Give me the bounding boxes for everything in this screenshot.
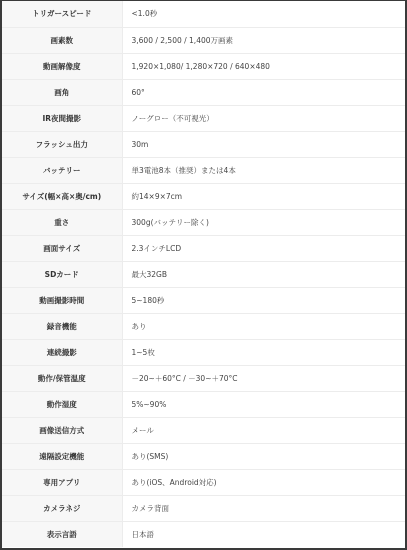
row-value: －20~＋60°C / －30~＋70°C [122, 365, 405, 391]
row-value: 単3電池8本（推奨）または4本 [122, 157, 405, 183]
table-row: サイズ(幅×高×奥/cm)約14×9×7cm [2, 183, 405, 209]
row-label: サイズ(幅×高×奥/cm) [2, 183, 122, 209]
row-value: メール [122, 417, 405, 443]
table-row: フラッシュ出力30m [2, 131, 405, 157]
row-label: 動画解像度 [2, 53, 122, 79]
row-value: 約14×9×7cm [122, 183, 405, 209]
row-label: 画像送信方式 [2, 417, 122, 443]
row-value: 5~180秒 [122, 287, 405, 313]
table-row: 動作/保管温度－20~＋60°C / －30~＋70°C [2, 365, 405, 391]
row-value: 3,600 / 2,500 / 1,400万画素 [122, 27, 405, 53]
spec-table: トリガースピード<1.0秒 画素数3,600 / 2,500 / 1,400万画… [2, 1, 405, 547]
table-row: バッテリー単3電池8本（推奨）または4本 [2, 157, 405, 183]
row-value: ノーグロー（不可視光） [122, 105, 405, 131]
table-row: トリガースピード<1.0秒 [2, 1, 405, 27]
row-label: SDカード [2, 261, 122, 287]
table-row: 画素数3,600 / 2,500 / 1,400万画素 [2, 27, 405, 53]
table-row: 録音機能あり [2, 313, 405, 339]
row-label: トリガースピード [2, 1, 122, 27]
row-label: 連続撮影 [2, 339, 122, 365]
row-value: <1.0秒 [122, 1, 405, 27]
row-label: 録音機能 [2, 313, 122, 339]
row-label: 遠隔設定機能 [2, 443, 122, 469]
row-value: あり(SMS) [122, 443, 405, 469]
row-label: バッテリー [2, 157, 122, 183]
table-row: カメラネジカメラ背面 [2, 495, 405, 521]
table-row: 重さ300g(バッテリー除く) [2, 209, 405, 235]
row-value: 日本語 [122, 521, 405, 547]
row-value: 300g(バッテリー除く) [122, 209, 405, 235]
table-row: 表示言語日本語 [2, 521, 405, 547]
row-label: IR夜間撮影 [2, 105, 122, 131]
row-value: カメラ背面 [122, 495, 405, 521]
table-row: 画像送信方式メール [2, 417, 405, 443]
row-label: フラッシュ出力 [2, 131, 122, 157]
row-label: 専用アプリ [2, 469, 122, 495]
row-label: 画角 [2, 79, 122, 105]
table-row: SDカード最大32GB [2, 261, 405, 287]
row-label: カメラネジ [2, 495, 122, 521]
row-value: 5%~90% [122, 391, 405, 417]
row-value: 1~5枚 [122, 339, 405, 365]
table-row: 画角60° [2, 79, 405, 105]
row-label: 動作湿度 [2, 391, 122, 417]
table-row: 連続撮影1~5枚 [2, 339, 405, 365]
row-label: 動画撮影時間 [2, 287, 122, 313]
row-value: 30m [122, 131, 405, 157]
table-row: IR夜間撮影ノーグロー（不可視光） [2, 105, 405, 131]
row-label: 画素数 [2, 27, 122, 53]
table-row: 動作湿度5%~90% [2, 391, 405, 417]
table-row: 動画解像度1,920×1,080/ 1,280×720 / 640×480 [2, 53, 405, 79]
table-row: 専用アプリあり(iOS、Android対応) [2, 469, 405, 495]
table-row: 動画撮影時間5~180秒 [2, 287, 405, 313]
table-row: 遠隔設定機能あり(SMS) [2, 443, 405, 469]
row-value: 2.3インチLCD [122, 235, 405, 261]
row-value: あり [122, 313, 405, 339]
row-label: 重さ [2, 209, 122, 235]
table-row: 画面サイズ2.3インチLCD [2, 235, 405, 261]
row-label: 表示言語 [2, 521, 122, 547]
row-value: 最大32GB [122, 261, 405, 287]
row-value: あり(iOS、Android対応) [122, 469, 405, 495]
spec-table-container: トリガースピード<1.0秒 画素数3,600 / 2,500 / 1,400万画… [2, 1, 405, 548]
row-value: 60° [122, 79, 405, 105]
row-label: 動作/保管温度 [2, 365, 122, 391]
row-label: 画面サイズ [2, 235, 122, 261]
row-value: 1,920×1,080/ 1,280×720 / 640×480 [122, 53, 405, 79]
